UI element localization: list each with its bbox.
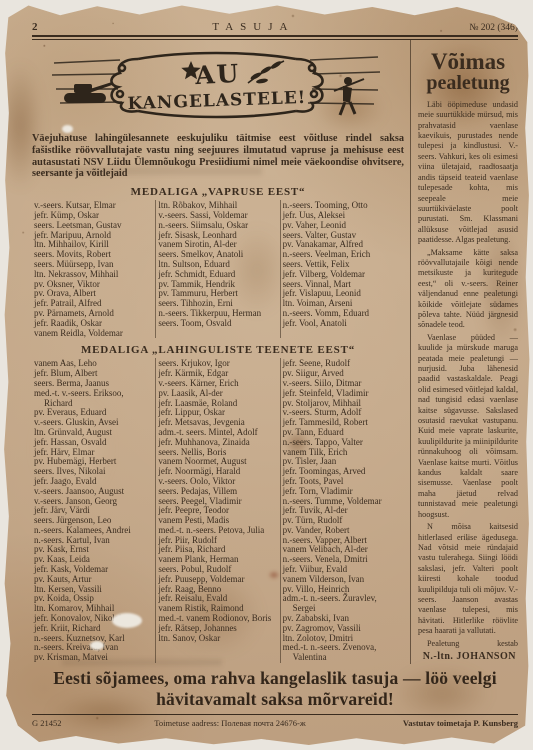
article-paragraph: Vaenlase püüded — kuulide ja mürskude ma… [418,333,518,520]
bottom-slogan: Eesti sõjamees, oma rahva kangelaslik ta… [32,664,518,709]
glory-banner: AU KANGELASTELE! [50,47,382,128]
medal-column: jefr. Seene, Rudolfpv. Siigur, Arvedv.-s… [280,358,404,663]
sidebar-article: Võimas pealetung Läbi ööpimeduse undasid… [411,40,518,664]
tank-icon [64,82,112,103]
page-header: 2 TASUJA № 202 (346) [32,21,518,33]
awardee-name: ltn. Sanov, Oskar [158,634,276,644]
masthead-title: TASUJA [212,21,294,33]
article-paragraph: Läbi ööpimeduse undasid meie suurtükkide… [418,100,518,246]
laurel-icon [248,60,284,84]
page-content: 2 TASUJA № 202 (346) [32,21,518,728]
medal-column: ltn. Rõbakov, Mihhailv.-seers. Sassi, Vo… [155,200,279,338]
awardee-name: seers. Toom, Osvald [158,319,276,329]
medal-section-heading: MEDALIGA „LAHINGULISTE TEENETE EEST“ [32,344,404,356]
article-title: Võimas pealetung [418,50,518,94]
footer-print-code: G 21452 [32,718,122,728]
article-paragraph: Pealetung kestab purustamatu jõuga. [418,639,518,648]
medal-column: seers. Krjukov, Igorjefr. Kärmik, Edgarv… [155,358,279,663]
medal-column: vanem Aas, Lehojefr. Blum, Albertseers. … [32,358,155,663]
article-paragraph: N mõisa kaitsesid hitlerlased erilise äg… [418,522,518,636]
medal-list-vapruse: v.-seers. Kutsar, Elmarjefr. Kümp, Oskar… [32,200,404,338]
issue-number: № 202 (346) [469,23,518,33]
awardee-name: vanem Reidla, Voldemar [34,329,152,339]
medal-column: v.-seers. Kutsar, Elmarjefr. Kümp, Oskar… [32,200,155,338]
medal-section-heading: MEDALIGA „VAPRUSE EEST“ [32,186,404,198]
awardee-name: med.-t. n.-seers. Zvenova, Valentina [283,643,401,663]
article-title-line2: pealetung [418,73,518,93]
page-footer: G 21452 Toimetuse aadress: Полевая почта… [32,714,518,728]
page-number: 2 [32,21,38,33]
article-body: Läbi ööpimeduse undasid meie suurtükkide… [418,100,518,648]
banner-title-line2: KANGELASTELE! [127,88,306,114]
awardee-name: jefr. Vool, Anatoli [283,319,401,329]
banner-artwork: AU KANGELASTELE! [50,47,382,123]
main-column: AU KANGELASTELE! Väejuhatuse lahingülesa… [32,40,411,664]
awardee-name: pv. Krisman, Matvei [34,653,152,663]
article-paragraph: „Maksame kätte saksa röövvallutajaile kõ… [418,248,518,331]
body-columns: AU KANGELASTELE! Väejuhatuse lahingülesa… [32,40,518,664]
soldier-icon [334,77,364,115]
article-title-line1: Võimas [418,50,518,73]
awardee-name: med.-t. v.-seers. Eriksoo, Richard [34,389,152,409]
medal-column: n.-seers. Tooming, Ottojefr. Uus, Alekse… [280,200,404,338]
article-signature: N.-ltn. JOHANSON [418,648,518,664]
footer-editor: Vastutav toimetaja P. Kunsberg [338,718,518,728]
awardee-name: adm.-t. n.-seers. Žuravlev, Sergei [283,594,401,614]
medal-list-lahinguliste: vanem Aas, Lehojefr. Blum, Albertseers. … [32,358,404,663]
footer-address: Toimetuse aadress: Полевая почта 24676-ж [122,718,338,728]
newspaper-page: 2 TASUJA № 202 (346) [2,1,531,748]
banner-title-line1: AU [193,59,241,90]
intro-paragraph: Väejuhatuse lahingülesannete eeskujuliku… [32,133,404,180]
